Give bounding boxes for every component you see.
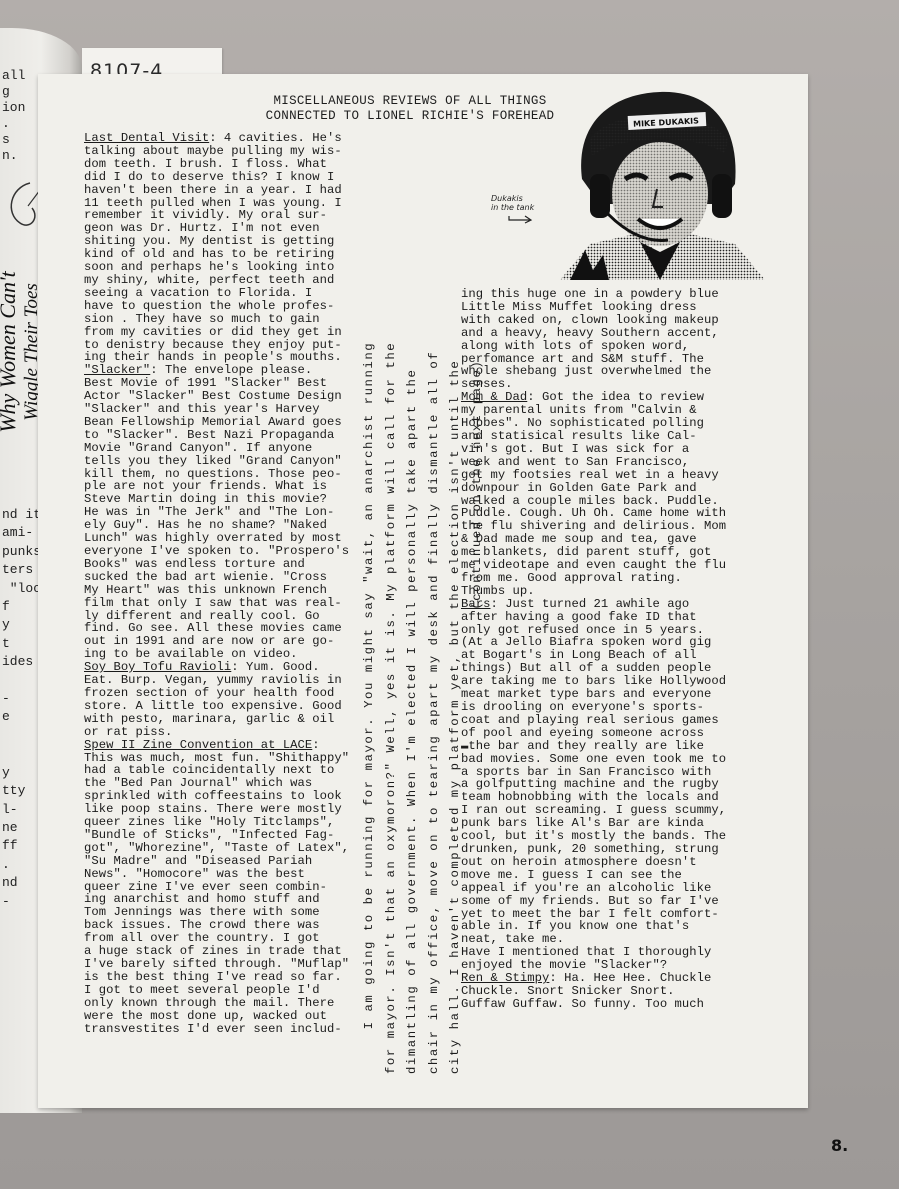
headline-line-1: MISCELLANEOUS REVIEWS OF ALL THINGS <box>250 94 570 109</box>
text-line: only known through the mail. There <box>84 997 349 1010</box>
text-line: "Slacker" and this year's Harvey <box>84 403 349 416</box>
review-heading: Mom & Dad <box>461 390 527 404</box>
text-line: everyone I've spoken to. "Prospero's <box>84 545 349 558</box>
text-line: Guffaw Guffaw. So funny. Too much <box>461 998 726 1011</box>
text-line: have to question the whole profes- <box>84 300 349 313</box>
review-heading: "Slacker" <box>84 363 150 377</box>
review-heading-line: Spew II Zine Convention at LACE: <box>84 739 349 752</box>
text-line: move me. I guess I can see the <box>461 869 726 882</box>
text-line: Books" was endless torture and <box>84 558 349 571</box>
text-line: after having a good fake ID that <box>461 611 726 624</box>
mayor-announcement-sidebar: I am going to be running for mayor. You … <box>359 274 471 1074</box>
text-line: Little Miss Muffet looking dress <box>461 301 726 314</box>
text-line: "Su Madre" and "Diseased Pariah <box>84 855 349 868</box>
text-line: dom teeth. I brush. I floss. What <box>84 158 349 171</box>
text-line: drunken, punk, 20 something, strung <box>461 843 726 856</box>
text-line: ▬the bar and they really are like <box>461 740 726 753</box>
text-line: transvestites I'd ever seen includ- <box>84 1023 349 1036</box>
text-line: talking about maybe pulling my wis- <box>84 145 349 158</box>
text-line: to "Slacker". Best Nazi Propaganda <box>84 429 349 442</box>
caption-line-1: Dukakis <box>491 194 534 203</box>
text-line: and statisical results like Cal- <box>461 430 726 443</box>
text-line: coat and playing real serious games <box>461 714 726 727</box>
text-line: downpour in Golden Gate Park and <box>461 482 726 495</box>
text-line: I've barely sifted through. "Muflap" <box>84 958 349 971</box>
text-line: from my cavities or did they get in <box>84 326 349 339</box>
text-line: film that only I saw that was real- <box>84 597 349 610</box>
text-line: week and went to San Francisco, <box>461 456 726 469</box>
text-line: Bean Fellowship Memorial Award goes <box>84 416 349 429</box>
text-line: News". "Homocore" was the best <box>84 868 349 881</box>
review-heading: Bars <box>461 597 490 611</box>
review-heading: Ren & Stimpy <box>461 971 549 985</box>
sidebar-line: dimantling of all government. When I'm e… <box>402 274 424 1074</box>
sidebar-line: for mayor. Isn't that an oxymoron?" Well… <box>381 274 403 1074</box>
text-line: bad movies. Some one even took me to <box>461 753 726 766</box>
photo-caption: Dukakis in the tank <box>491 194 534 212</box>
review-heading-line: Bars: Just turned 21 awhile ago <box>461 598 726 611</box>
review-heading: Last Dental Visit <box>84 131 209 145</box>
text-line: got", "Whorezine", "Taste of Latex", <box>84 842 349 855</box>
text-line: tells you they liked "Grand Canyon" <box>84 455 349 468</box>
text-line: Chuckle. Snort Snicker Snort. <box>461 985 726 998</box>
text-line: got my footsies real wet in a heavy <box>461 469 726 482</box>
text-line: along with lots of spoken word, <box>461 340 726 353</box>
text-line: frozen section of your health food <box>84 687 349 700</box>
text-line: from me. Good approval rating. <box>461 572 726 585</box>
text-line: vin's got. But I was sick for a <box>461 443 726 456</box>
left-title-line-1: Why Women Can't <box>0 202 20 502</box>
text-line: my shiny, white, perfect teeth and <box>84 274 349 287</box>
review-heading-line: Ren & Stimpy: Ha. Hee Hee. Chuckle <box>461 972 726 985</box>
text-line: and a heavy, heavy Southern accent, <box>461 327 726 340</box>
text-line: queer zines like "Holy Titclamps", <box>84 816 349 829</box>
text-line: is the best thing I've read so far. <box>84 971 349 984</box>
dukakis-photo: MIKE DUKAKIS <box>530 84 765 280</box>
left-review-column: Last Dental Visit: 4 cavities. He'stalki… <box>84 132 349 1035</box>
text-line: did I do to deserve this? I know I <box>84 171 349 184</box>
right-review-column: ing this huge one in a powdery blueLittl… <box>461 288 726 1011</box>
text-line: of pool and eyeing someone across <box>461 727 726 740</box>
text-line: haven't been there in a year. I had <box>84 184 349 197</box>
text-line: "Bundle of Sticks", "Infected Fag- <box>84 829 349 842</box>
text-line: ing this huge one in a powdery blue <box>461 288 726 301</box>
text-line: were the most done up, wacked out <box>84 1010 349 1023</box>
review-heading: Spew II Zine Convention at LACE <box>84 738 312 752</box>
headline-line-2: CONNECTED TO LIONEL RICHIE'S FOREHEAD <box>250 109 570 124</box>
left-page-top-text: all g ion . s n. <box>2 68 25 164</box>
page-headline: MISCELLANEOUS REVIEWS OF ALL THINGS CONN… <box>250 94 570 124</box>
text-line: with caked on, clown looking makeup <box>461 314 726 327</box>
text-line: sucked the bad art wienie. "Cross <box>84 571 349 584</box>
zine-page: MISCELLANEOUS REVIEWS OF ALL THINGS CONN… <box>38 74 808 1108</box>
text-line: seeing a vacation to Florida. I <box>84 287 349 300</box>
text-line: I got to meet several people I'd <box>84 984 349 997</box>
sidebar-line: I am going to be running for mayor. You … <box>359 274 381 1074</box>
page-number: 8. <box>831 1136 848 1155</box>
sidebar-line: chair in my office, move on to tearing a… <box>424 274 446 1074</box>
text-line: sion . They have so much to gain <box>84 313 349 326</box>
text-line: store. A little too expensive. Good <box>84 700 349 713</box>
review-heading: Soy Boy Tofu Ravioli <box>84 660 231 674</box>
text-line: me videotape and even caught the flu <box>461 559 726 572</box>
caption-line-2: in the tank <box>491 203 534 212</box>
arrow-right-icon <box>508 214 534 224</box>
text-line: with pesto, marinara, garlic & oil <box>84 713 349 726</box>
review-heading-line: Last Dental Visit: 4 cavities. He's <box>84 132 349 145</box>
text-line: Thumbs up. <box>461 585 726 598</box>
text-line: is drooling on everyone's sports- <box>461 701 726 714</box>
text-line: some of my friends. But so far I've <box>461 895 726 908</box>
text-line: Movie "Grand Canyon". If anyone <box>84 442 349 455</box>
text-line: My Heart" was this unknown French <box>84 584 349 597</box>
text-line: out on heroin atmosphere doesn't <box>461 856 726 869</box>
text-line: appeal if you're an alcoholic like <box>461 882 726 895</box>
